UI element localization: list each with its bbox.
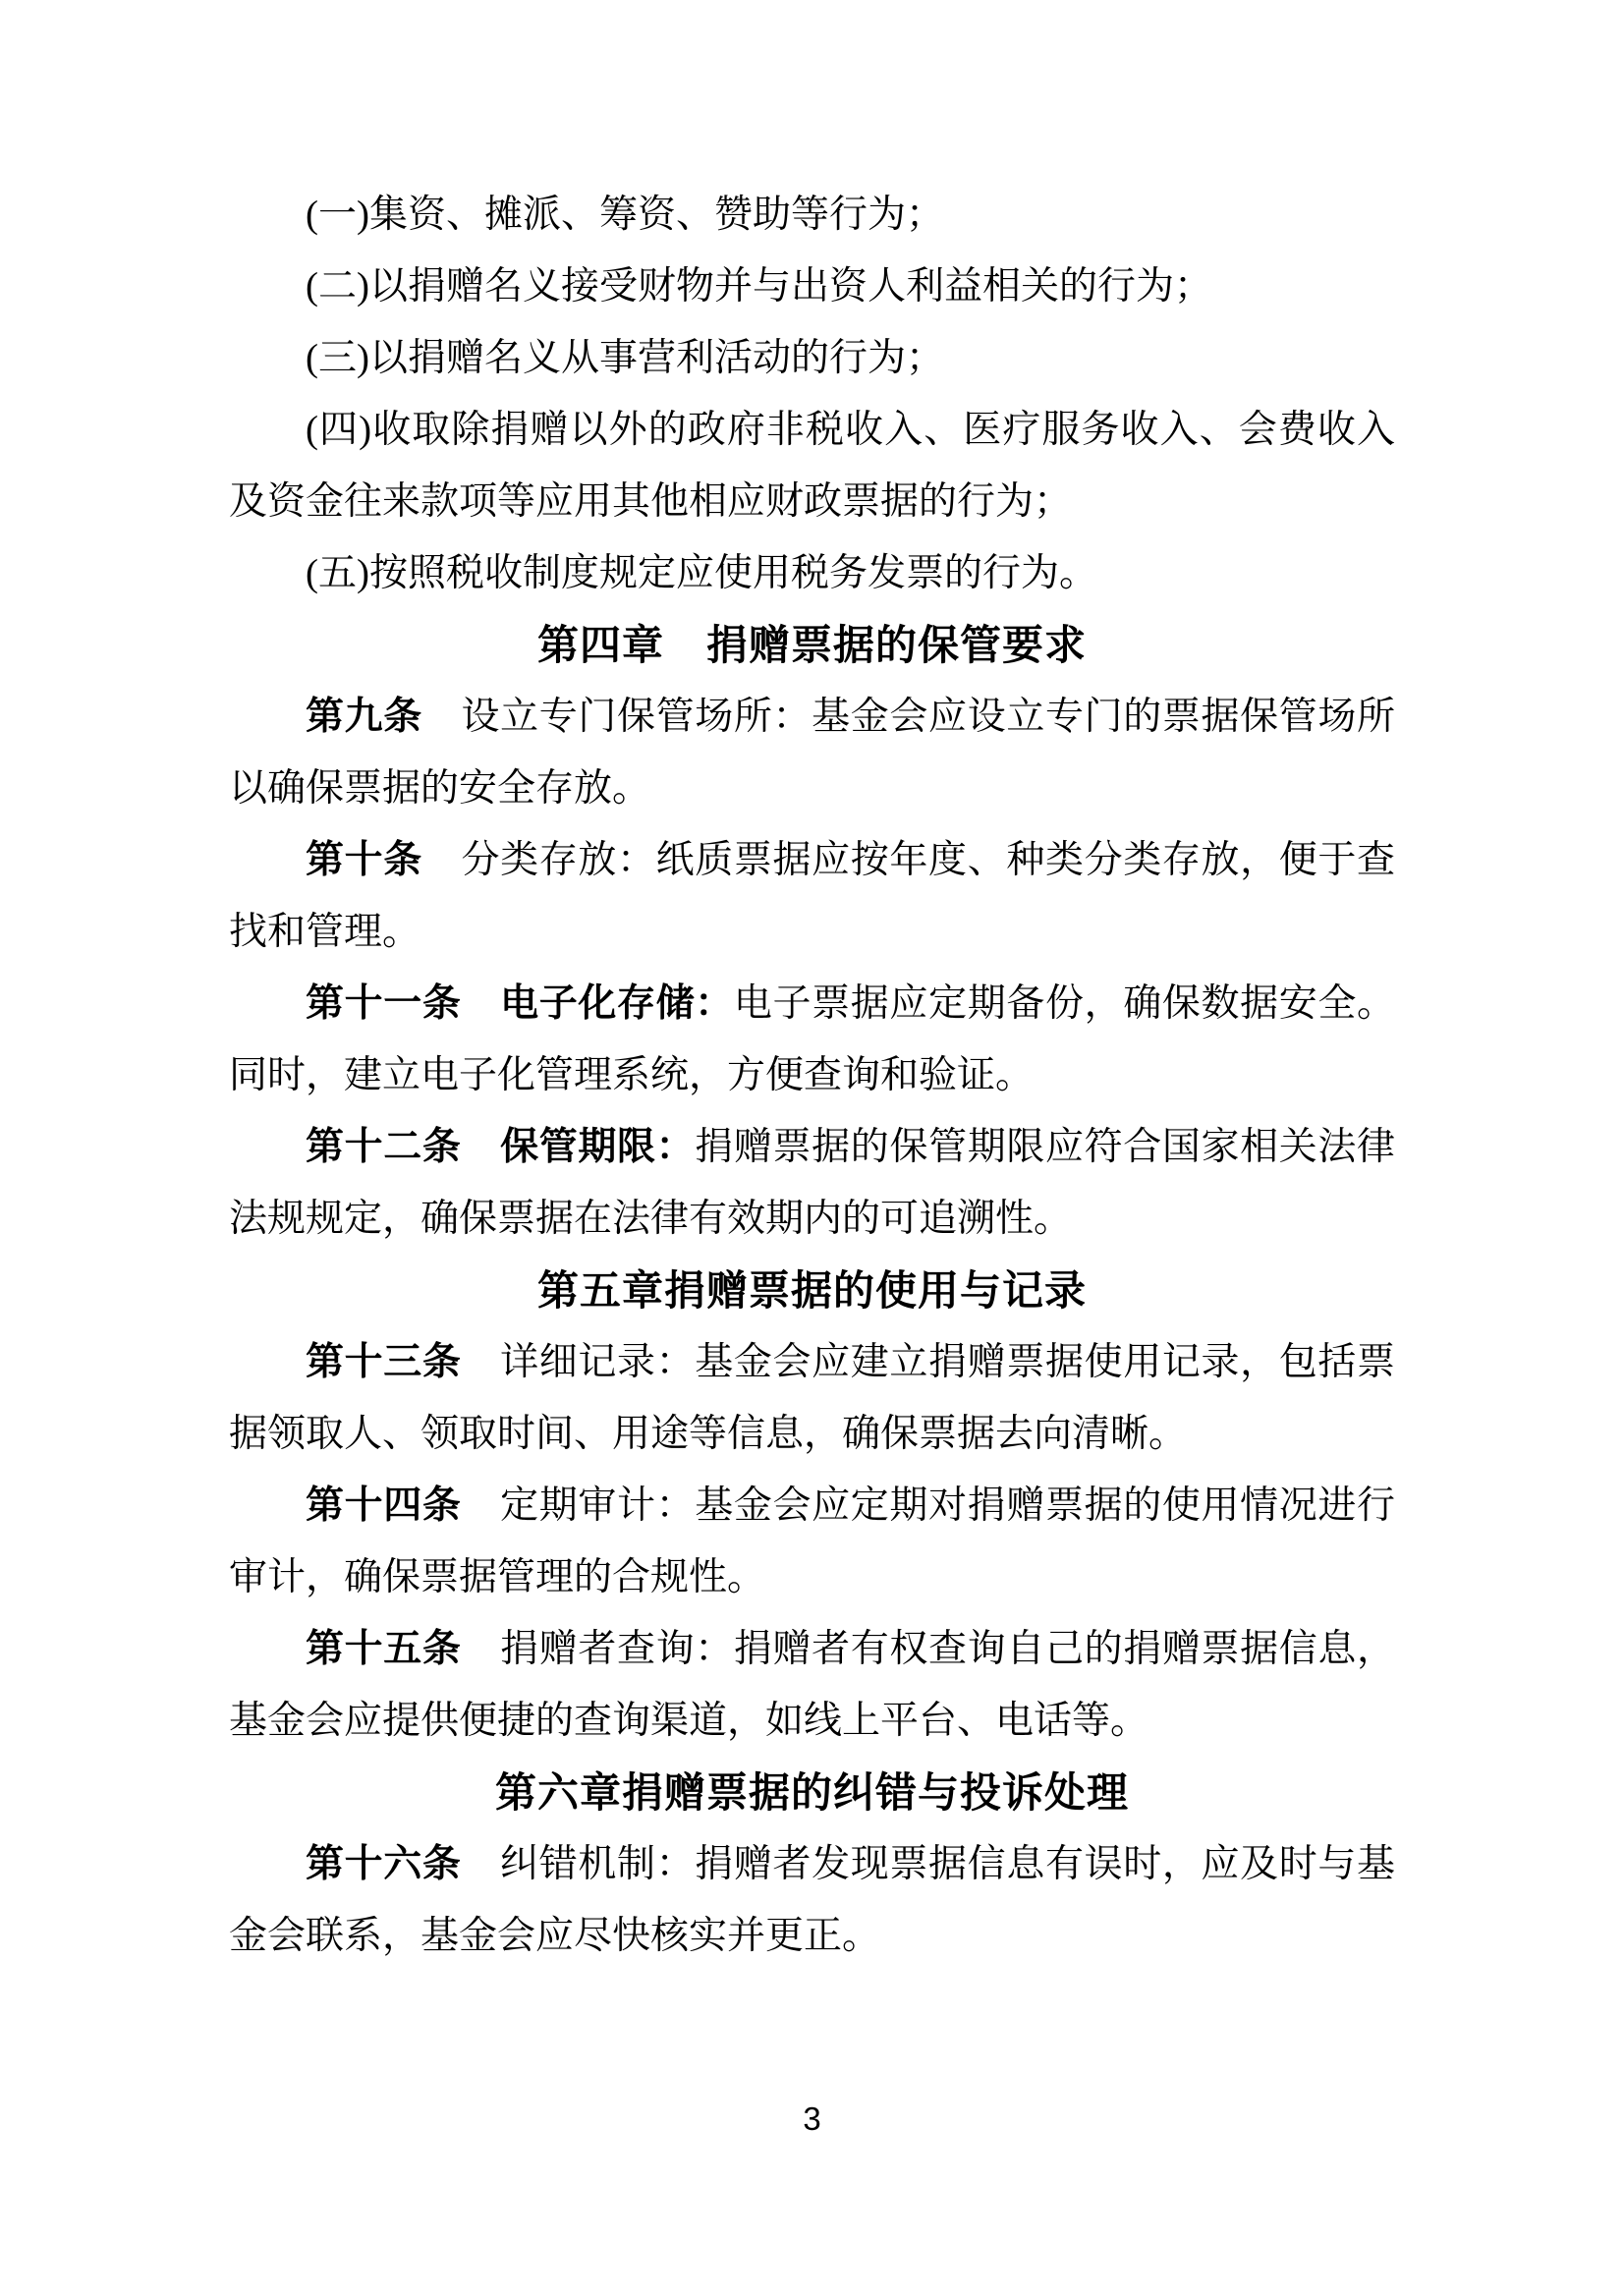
chapter-heading: 第五章捐赠票据的使用与记录: [229, 1255, 1395, 1326]
paragraph: 第十条 分类存放：纸质票据应按年度、种类分类存放，便于查找和管理。: [229, 824, 1395, 968]
article-label: 第十三条: [306, 1341, 462, 1383]
page-number: 3: [0, 2100, 1624, 2139]
paragraph: 第十四条 定期审计：基金会应定期对捐赠票据的使用情况进行审计，确保票据管理的合规…: [229, 1470, 1395, 1613]
article-label: 第十条: [306, 839, 422, 881]
heading-text: 第五章捐赠票据的使用与记录: [537, 1267, 1087, 1314]
article-label: 第九条: [306, 696, 422, 738]
paragraph: 第九条 设立专门保管场所：基金会应设立专门的票据保管场所以确保票据的安全存放。: [229, 681, 1395, 824]
article-label: 第十二条 保管期限：: [306, 1126, 695, 1168]
document-page: (一)集资、摊派、筹资、赞助等行为；(二)以捐赠名义接受财物并与出资人利益相关的…: [0, 0, 1624, 2296]
paragraph: (一)集资、摊派、筹资、赞助等行为；: [229, 179, 1395, 251]
heading-text: 第六章捐赠票据的纠错与投诉处理: [495, 1769, 1129, 1816]
chapter-heading: 第四章 捐赠票据的保管要求: [229, 609, 1395, 681]
article-label: 第十六条: [306, 1843, 462, 1885]
body-text: (一)集资、摊派、筹资、赞助等行为；: [306, 194, 944, 236]
paragraph: (四)收取除捐赠以外的政府非税收入、医疗服务收入、会费收入及资金往来款项等应用其…: [229, 394, 1395, 537]
paragraph: 第十三条 详细记录：基金会应建立捐赠票据使用记录，包括票据领取人、领取时间、用途…: [229, 1326, 1395, 1470]
article-label: 第十四条: [306, 1484, 462, 1527]
paragraph: (三)以捐赠名义从事营利活动的行为；: [229, 322, 1395, 394]
body-text: (四)收取除捐赠以外的政府非税收入、医疗服务收入、会费收入及资金往来款项等应用其…: [229, 409, 1395, 523]
paragraph: 第十六条 纠错机制：捐赠者发现票据信息有误时，应及时与基金会联系，基金会应尽快核…: [229, 1828, 1395, 1972]
paragraph: 第十一条 电子化存储：电子票据应定期备份，确保数据安全。同时，建立电子化管理系统…: [229, 968, 1395, 1111]
paragraph: 第十五条 捐赠者查询：捐赠者有权查询自己的捐赠票据信息，基金会应提供便捷的查询渠…: [229, 1613, 1395, 1757]
body-text: (二)以捐赠名义接受财物并与出资人利益相关的行为；: [306, 265, 1212, 308]
article-label: 第十一条 电子化存储：: [306, 982, 734, 1025]
body-text: (五)按照税收制度规定应使用税务发票的行为。: [306, 552, 1097, 594]
paragraph: 第十二条 保管期限：捐赠票据的保管期限应符合国家相关法律法规规定，确保票据在法律…: [229, 1111, 1395, 1255]
heading-text: 第四章 捐赠票据的保管要求: [537, 622, 1087, 668]
document-body: (一)集资、摊派、筹资、赞助等行为；(二)以捐赠名义接受财物并与出资人利益相关的…: [0, 0, 1624, 1972]
article-label: 第十五条: [306, 1628, 462, 1670]
paragraph: (二)以捐赠名义接受财物并与出资人利益相关的行为；: [229, 251, 1395, 322]
paragraph: (五)按照税收制度规定应使用税务发票的行为。: [229, 537, 1395, 609]
body-text: (三)以捐赠名义从事营利活动的行为；: [306, 337, 944, 379]
chapter-heading: 第六章捐赠票据的纠错与投诉处理: [229, 1757, 1395, 1828]
